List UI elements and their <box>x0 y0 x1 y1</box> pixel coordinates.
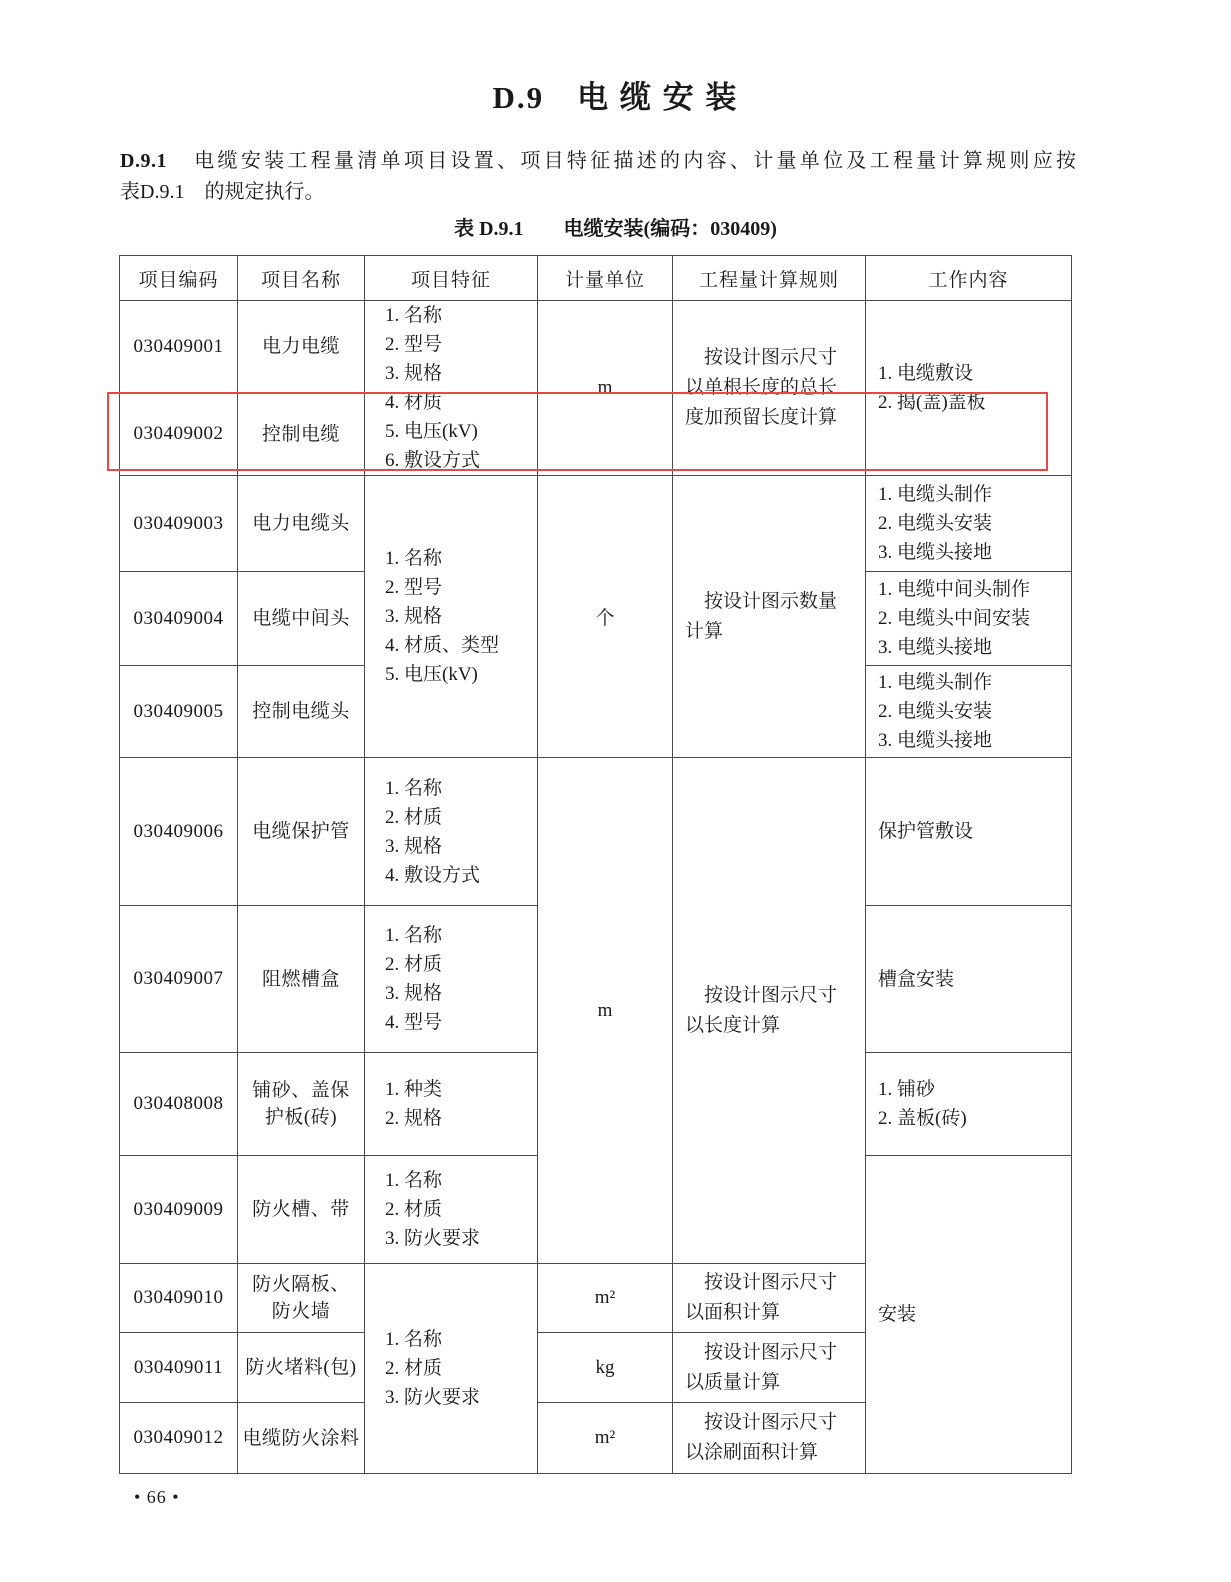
cell-r7-features: 1. 名称 2. 材质 3. 规格 4. 型号 <box>365 906 538 1053</box>
clause-line-1: D.9.1电缆安装工程量清单项目设置、项目特征描述的内容、计量单位及工程量计算规… <box>120 146 1076 177</box>
cell-r10-name: 防火隔板、 防火墙 <box>238 1264 365 1333</box>
cell-r1-2-unit: m <box>538 301 673 476</box>
cell-r12-unit: m² <box>538 1403 673 1474</box>
cell-r7-name: 阻燃槽盒 <box>238 906 365 1053</box>
clause-paragraph: D.9.1电缆安装工程量清单项目设置、项目特征描述的内容、计量单位及工程量计算规… <box>120 146 1076 208</box>
cell-r3-5-rule: 按设计图示数量 计算 <box>673 476 866 758</box>
cell-r6-code: 030409006 <box>120 758 238 906</box>
cell-r6-9-unit: m <box>538 758 673 1264</box>
cell-r11-code: 030409011 <box>120 1333 238 1403</box>
cell-r6-9-rule: 按设计图示尺寸 以长度计算 <box>673 758 866 1264</box>
cell-r4-work: 1. 电缆中间头制作 2. 电缆头中间安装 3. 电缆头接地 <box>866 572 1072 666</box>
cell-r5-work: 1. 电缆头制作 2. 电缆头安装 3. 电缆头接地 <box>866 666 1072 758</box>
cell-r10-unit: m² <box>538 1264 673 1333</box>
table-row: 030409006 电缆保护管 1. 名称 2. 材质 3. 规格 4. 敷设方… <box>120 758 1072 906</box>
cell-r4-name: 电缆中间头 <box>238 572 365 666</box>
cell-r10-rule: 按设计图示尺寸 以面积计算 <box>673 1264 866 1333</box>
cell-r6-name: 电缆保护管 <box>238 758 365 906</box>
cell-r1-2-rule: 按设计图示尺寸 以单根长度的总长 度加预留长度计算 <box>673 301 866 476</box>
cell-r1-name: 电力电缆 <box>238 301 365 394</box>
clause-number: D.9.1 <box>120 150 167 172</box>
cell-r4-code: 030409004 <box>120 572 238 666</box>
cell-r3-5-features: 1. 名称 2. 型号 3. 规格 4. 材质、类型 5. 电压(kV) <box>365 476 538 758</box>
document-page: D.9 电 缆 安 装 D.9.1电缆安装工程量清单项目设置、项目特征描述的内容… <box>0 0 1231 1582</box>
page-number: • 66 • <box>134 1487 180 1508</box>
cell-r11-name: 防火堵料(包) <box>238 1333 365 1403</box>
header-project-code: 项目编码 <box>120 256 238 301</box>
cell-r11-unit: kg <box>538 1333 673 1403</box>
cell-r2-name: 控制电缆 <box>238 393 365 475</box>
cell-r2-code: 030409002 <box>120 393 238 475</box>
cell-r9-name: 防火槽、带 <box>238 1156 365 1264</box>
cell-r5-code: 030409005 <box>120 666 238 758</box>
cell-r12-code: 030409012 <box>120 1403 238 1474</box>
cell-r11-rule: 按设计图示尺寸 以质量计算 <box>673 1333 866 1403</box>
cell-r10-code: 030409010 <box>120 1264 238 1333</box>
clause-line-2: 表D.9.1 的规定执行。 <box>120 177 1076 208</box>
cell-r9-12-work: 安装 <box>866 1156 1072 1474</box>
cell-r8-work: 1. 铺砂 2. 盖板(砖) <box>866 1053 1072 1156</box>
cell-r3-5-unit: 个 <box>538 476 673 758</box>
cell-r12-name: 电缆防火涂料 <box>238 1403 365 1474</box>
table-row: 030409001 电力电缆 1. 名称 2. 型号 3. 规格 4. 材质 5… <box>120 301 1072 394</box>
table-caption: 表 D.9.1 电缆安装(编码：030409) <box>0 212 1231 241</box>
cell-r1-2-features: 1. 名称 2. 型号 3. 规格 4. 材质 5. 电压(kV) 6. 敷设方… <box>365 301 538 476</box>
clause-text: 电缆安装工程量清单项目设置、项目特征描述的内容、计量单位及工程量计算规则应按 <box>191 150 1076 172</box>
cell-r12-rule: 按设计图示尺寸 以涂刷面积计算 <box>673 1403 866 1474</box>
cell-r1-2-work: 1. 电缆敷设 2. 揭(盖)盖板 <box>866 301 1072 476</box>
cell-r8-code: 030408008 <box>120 1053 238 1156</box>
cell-r9-features: 1. 名称 2. 材质 3. 防火要求 <box>365 1156 538 1264</box>
cell-r10-12-features: 1. 名称 2. 材质 3. 防火要求 <box>365 1264 538 1474</box>
header-project-feature: 项目特征 <box>365 256 538 301</box>
table-header-row: 项目编码 项目名称 项目特征 计量单位 工程量计算规则 工作内容 <box>120 256 1072 301</box>
header-unit: 计量单位 <box>538 256 673 301</box>
cell-r1-code: 030409001 <box>120 301 238 394</box>
cell-r6-work: 保护管敷设 <box>866 758 1072 906</box>
cell-r8-features: 1. 种类 2. 规格 <box>365 1053 538 1156</box>
cell-r3-name: 电力电缆头 <box>238 476 365 572</box>
cell-r6-features: 1. 名称 2. 材质 3. 规格 4. 敷设方式 <box>365 758 538 906</box>
cell-r9-code: 030409009 <box>120 1156 238 1264</box>
spec-table: 项目编码 项目名称 项目特征 计量单位 工程量计算规则 工作内容 0304090… <box>119 255 1072 1474</box>
cell-r7-code: 030409007 <box>120 906 238 1053</box>
header-work-content: 工作内容 <box>866 256 1072 301</box>
cell-r5-name: 控制电缆头 <box>238 666 365 758</box>
cell-r3-work: 1. 电缆头制作 2. 电缆头安装 3. 电缆头接地 <box>866 476 1072 572</box>
cell-r8-name: 铺砂、盖保 护板(砖) <box>238 1053 365 1156</box>
cell-r7-work: 槽盒安装 <box>866 906 1072 1053</box>
section-title: D.9 电 缆 安 装 <box>0 72 1231 117</box>
header-project-name: 项目名称 <box>238 256 365 301</box>
table-row: 030409003 电力电缆头 1. 名称 2. 型号 3. 规格 4. 材质、… <box>120 476 1072 572</box>
cell-r3-code: 030409003 <box>120 476 238 572</box>
header-calc-rule: 工程量计算规则 <box>673 256 866 301</box>
